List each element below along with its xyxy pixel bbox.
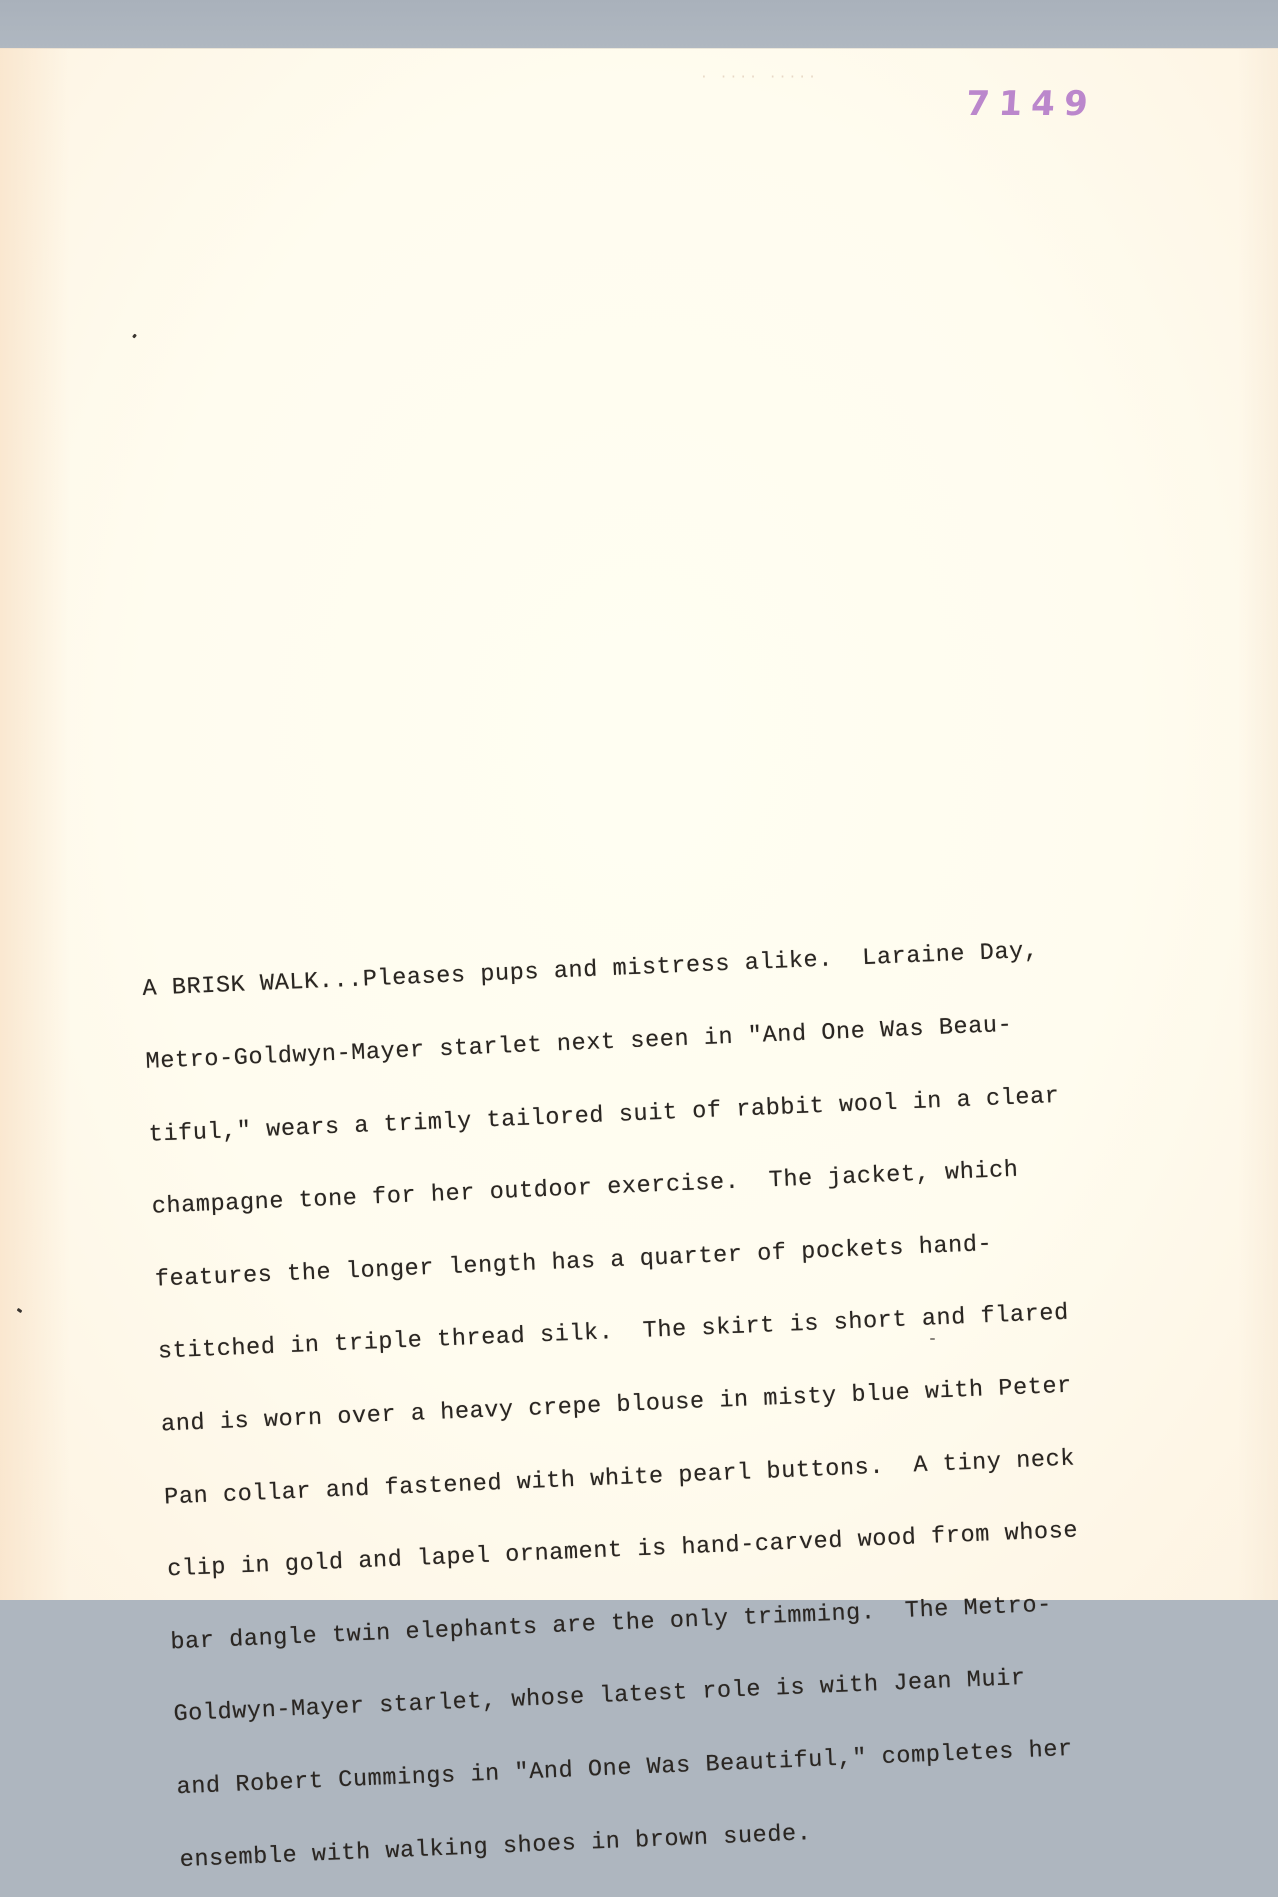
caption-line: clip in gold and lapel ornament is hand-…	[167, 1515, 1177, 1582]
caption-line: bar dangle twin elephants are the only t…	[170, 1588, 1180, 1600]
caption-line: tiful," wears a trimly tailored suit of …	[148, 1080, 1158, 1147]
typewritten-caption: A BRISK WALK...Pleases pups and mistress…	[140, 887, 1190, 1600]
bleedthrough-mark: · ···· ·····	[700, 70, 818, 85]
caption-line: features the longer length has a quarter…	[154, 1225, 1164, 1292]
caption-line: stitched in triple thread silk. The skir…	[158, 1298, 1168, 1365]
archive-stamp-number: 7149	[965, 84, 1098, 124]
caption-line: Pan collar and fastened with white pearl…	[164, 1443, 1174, 1510]
caption-line: Metro-Goldwyn-Mayer starlet next seen in…	[145, 1008, 1155, 1075]
scanner-backdrop	[0, 0, 1278, 50]
caption-line: champagne tone for her outdoor exercise.…	[151, 1153, 1161, 1220]
caption-line: A BRISK WALK...Pleases pups and mistress…	[142, 935, 1152, 1002]
caption-line: and is worn over a heavy crepe blouse in…	[161, 1370, 1171, 1437]
